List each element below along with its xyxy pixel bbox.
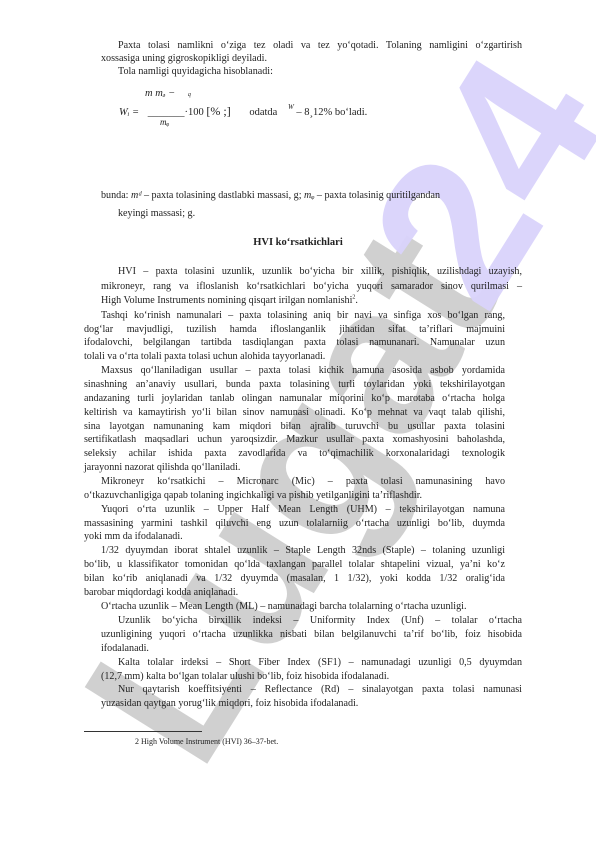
intro-paragraph-2: Tola namligi quyidagicha hisoblanadi:	[118, 65, 273, 79]
section-heading: HVI ko‘rsatkichlari	[0, 236, 596, 250]
maxsus-line-6: sertifikatlash maqsadlari uchun yaroqsiz…	[84, 433, 505, 447]
uhm-line-1: Yuqori o‘rta uzunlik – Upper Half Mean L…	[101, 503, 505, 517]
staple-line-3: bilan ko‘rib aniqlanadi va 1/32 dyuymda …	[84, 572, 505, 586]
hvi-line-3-text: High Volume Instruments nomining qisqart…	[101, 295, 352, 306]
maxsus-line-1: Maxsus qo‘llaniladigan usullar – paxta t…	[101, 364, 505, 378]
where-line-1: bunda: mᵈ – paxta tolasining dastlabki m…	[101, 189, 440, 203]
uniformity-line-3: ifodalanadi.	[101, 642, 149, 656]
where-m-d: mᵈ	[131, 190, 141, 201]
tashqi-line-4: tolali va o‘rta tolali paxta tolasi uchu…	[84, 350, 325, 364]
rd-line-1: Nur qaytarish koeffitsiyenti – Reflectan…	[118, 683, 522, 697]
maxsus-line-8: jarayonni nazorat qilishda qo‘llaniladi.	[84, 461, 240, 475]
formula-note-rest: – 8¸12% bo‘ladi.	[296, 107, 367, 118]
staple-line-2: bo‘lib, u klassifikator tomonidan qo‘lda…	[84, 558, 505, 572]
formula-note-prefix: odatda	[249, 107, 277, 118]
where-m-q: mᵩ	[304, 190, 314, 201]
footnote-separator	[84, 731, 202, 732]
formula-times-100: ·100	[185, 107, 204, 118]
rd-line-2: yuzasidan qaytgan yorug‘lik miqdori, foi…	[101, 697, 358, 711]
footnote: 2 High Volume Instrument (HVI) 36–37-bet…	[135, 735, 278, 749]
where-mid: – paxta tolasining dastlabki massasi, g;	[141, 190, 304, 201]
uhm-line-3: yoki mm da ifodalanadi.	[84, 530, 183, 544]
staple-line-4: barobar miqdordagi kodda aniqlanadi.	[84, 586, 238, 600]
formula-numerator-sub: q	[188, 92, 191, 98]
hvi-line-1: HVI – paxta tolasini uzunlik, uzunlik bo…	[118, 265, 522, 279]
maxsus-line-7: seleksiy achilar ishida paxta zavodlarid…	[84, 447, 505, 461]
where-line-2: keyingi massasi; g.	[118, 207, 195, 221]
hvi-line-2: mikroneyr, rang va ifloslanish ko‘rsatki…	[101, 280, 522, 294]
formula-denominator: mᵩ	[160, 116, 169, 130]
intro-paragraph-1-line-1: Paxta tolasi namlikni o‘ziga tez oladi v…	[118, 39, 522, 53]
document-page: Paxta tolasi namlikni o‘ziga tez oladi v…	[0, 0, 596, 842]
intro-paragraph-1-line-2: xossasiga uning gigroskopikligi deyiladi…	[101, 52, 267, 66]
staple-line-1: 1/32 dyuymdan iborat shtalel uzunlik – S…	[101, 544, 505, 558]
mikroneyr-line-2: o‘tkazuvchanligiga qapab tolaning ingich…	[84, 489, 422, 503]
maxsus-line-2: sinashning an’anaviy usullari, bunda pax…	[84, 378, 505, 392]
uniformity-line-1: Uzunlik bo‘yicha birxillik indeksi – Uni…	[118, 614, 522, 628]
sfi-line-2: (12,7 mm) kalta bo‘lgan tolalar ulushi b…	[101, 670, 389, 684]
where-end: – paxta tolasinig quritilgandan	[314, 190, 440, 201]
maxsus-line-5: sina layotgan namunaning kam miqdori bil…	[84, 420, 505, 434]
maxsus-line-4: keltirish va kamaytirish yo‘li bilan sin…	[84, 406, 505, 420]
mikroneyr-line-1: Mikroneyr ko‘rsatkichi – Micronarc (Mic)…	[101, 475, 505, 489]
maxsus-line-3: andazaning turli joylaridan tanlab oling…	[84, 392, 505, 406]
formula-main-line: Wᵢ = _______·100 [% ;] odatda W – 8¸12% …	[119, 101, 367, 120]
formula-note-variable: W	[288, 103, 294, 111]
sfi-line-1: Kalta tolalar irdeksi – Short Fiber Inde…	[118, 656, 522, 670]
uniformity-line-2: uzunligining yuqori o‘rtacha uzunlikka n…	[101, 628, 522, 642]
formula-lhs: Wᵢ =	[119, 107, 139, 118]
tashqi-line-3: ifodalovchi, belgilangan tartibda tasdiq…	[84, 336, 505, 350]
formula-unit: [% ;]	[206, 104, 230, 118]
formula-numerator-text: m mₔ −	[145, 88, 175, 99]
tashqi-line-2: dog‘lar mavjudligi, tuzilish hamda iflos…	[84, 323, 505, 337]
tashqi-line-1: Tashqi ko‘rinish namunalari – paxta tola…	[101, 309, 505, 323]
mean-length-line: O‘rtacha uzunlik – Mean Length (ML) – na…	[101, 600, 467, 614]
uhm-line-2: massasining yarmini tashkil qiluvchi eng…	[84, 517, 505, 531]
where-prefix: bunda:	[101, 190, 131, 201]
hvi-line-3: High Volume Instruments nomining qisqart…	[101, 294, 358, 308]
